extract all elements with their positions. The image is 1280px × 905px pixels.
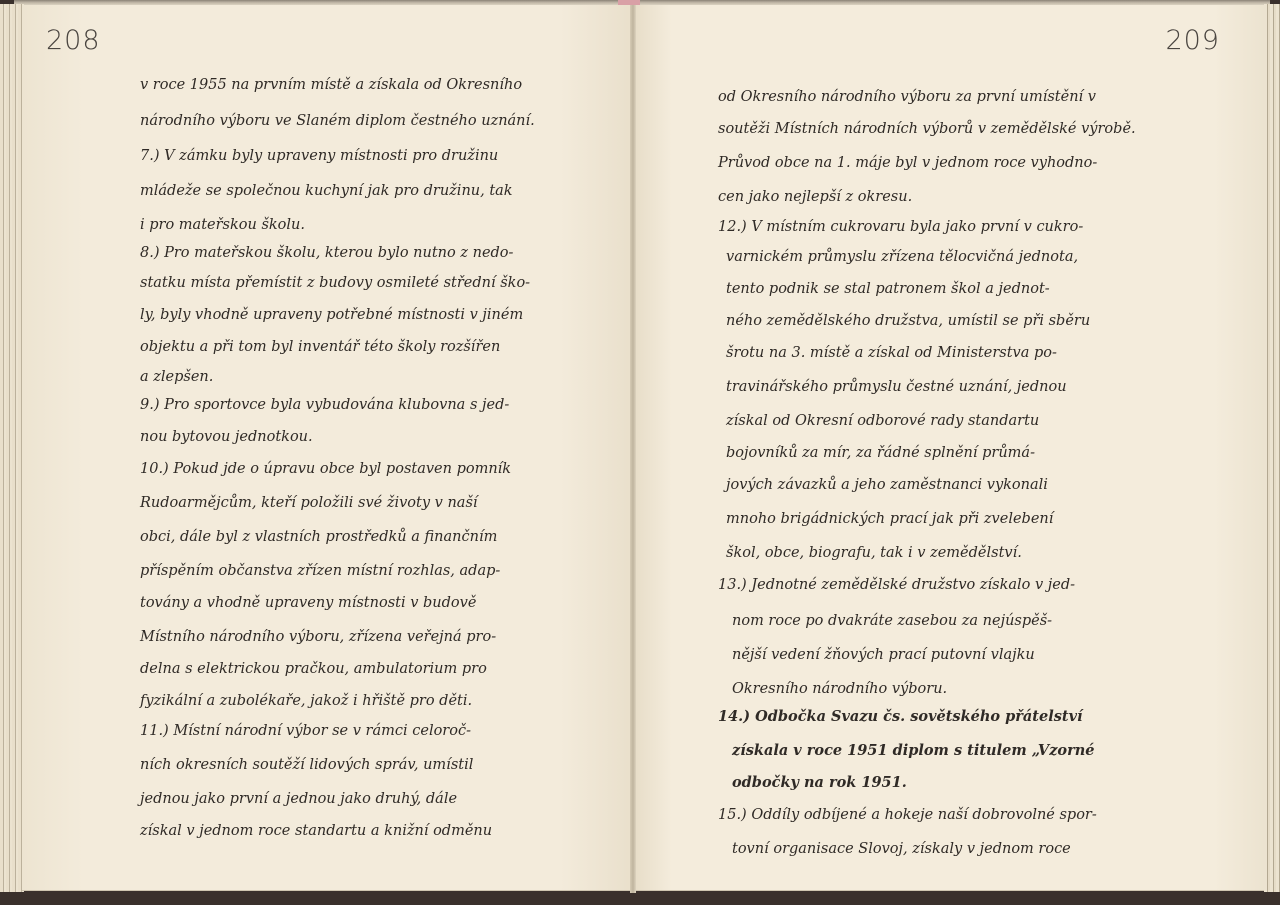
text-line: 12.) V místním cukrovaru byla jako první… [718, 213, 1083, 241]
text-line: Rudoarmějcům, kteří položili své životy … [140, 489, 478, 517]
text-line: nom roce po dvakráte zasebou za nejúspěš… [732, 607, 1052, 635]
text-line: 9.) Pro sportovce byla vybudována klubov… [140, 391, 509, 419]
text-line: továny a vhodně upraveny místnosti v bud… [140, 589, 476, 617]
text-line: mládeže se společnou kuchyní jak pro dru… [140, 177, 513, 205]
right-page-stack [1264, 4, 1280, 892]
text-line: statku místa přemístit z budovy osmileté… [140, 269, 530, 297]
text-line: od Okresního národního výboru za první u… [718, 83, 1096, 111]
text-line: ly, byly vhodně upraveny potřebné místno… [140, 301, 523, 329]
left-page: 208 v roce 1955 na prvním místě a získal… [22, 5, 634, 891]
text-line: soutěži Místních národních výborů v země… [718, 115, 1136, 143]
text-line: tovní organisace Slovoj, získaly v jedno… [732, 835, 1071, 863]
text-line: fyzikální a zubolékaře, jakož i hřiště p… [140, 687, 472, 715]
text-line: ních okresních soutěží lidových správ, u… [140, 751, 473, 779]
text-line: delna s elektrickou pračkou, ambulatoriu… [140, 655, 487, 683]
text-line: objektu a při tom byl inventář této škol… [140, 333, 500, 361]
text-line: 10.) Pokud jde o úpravu obce byl postave… [140, 455, 511, 483]
text-line: získal v jednom roce standartu a knižní … [140, 817, 492, 845]
text-line: nější vedení žňových prací putovní vlajk… [732, 641, 1035, 669]
text-line: tento podnik se stal patronem škol a jed… [726, 275, 1050, 303]
text-line: odbočky na rok 1951. [732, 769, 907, 797]
page-number-right: 209 [1165, 25, 1220, 56]
text-line: získal od Okresní odborové rady standart… [726, 407, 1039, 435]
text-line: v roce 1955 na prvním místě a získala od… [140, 71, 522, 99]
text-line: 15.) Oddíly odbíjené a hokeje naší dobro… [718, 801, 1097, 829]
page-number-left: 208 [46, 25, 101, 56]
open-book: 208 v roce 1955 na prvním místě a získal… [0, 0, 1280, 895]
text-line: Místního národního výboru, zřízena veřej… [140, 623, 496, 651]
text-line: škol, obce, biografu, tak i v zemědělstv… [726, 539, 1022, 567]
book-gutter [630, 5, 636, 893]
text-line: 14.) Odbočka Svazu čs. sovětského přátel… [718, 703, 1083, 731]
text-line: 11.) Místní národní výbor se v rámci cel… [140, 717, 471, 745]
text-line: 8.) Pro mateřskou školu, kterou bylo nut… [140, 239, 513, 267]
left-page-stack [0, 4, 24, 892]
text-line: jednou jako první a jednou jako druhý, d… [140, 785, 457, 813]
text-line: národního výboru ve Slaném diplom čestné… [140, 107, 535, 135]
text-line: Okresního národního výboru. [732, 675, 947, 703]
text-line: příspěním občanstva zřízen místní rozhla… [140, 557, 500, 585]
text-line: 13.) Jednotné zemědělské družstvo získal… [718, 571, 1075, 599]
text-line: obci, dále byl z vlastních prostředků a … [140, 523, 497, 551]
text-line: i pro mateřskou školu. [140, 211, 305, 239]
text-line: bojovníků za mír, za řádné splnění průmá… [726, 439, 1035, 467]
text-line: šrotu na 3. místě a získal od Ministerst… [726, 339, 1057, 367]
text-line: a zlepšen. [140, 363, 213, 391]
text-line: cen jako nejlepší z okresu. [718, 183, 912, 211]
right-page: 209 od Okresního národního výboru za prv… [634, 5, 1264, 891]
text-line: jových závazků a jeho zaměstnanci vykona… [726, 471, 1048, 499]
text-line: mnoho brigádnických prací jak při zveleb… [726, 505, 1053, 533]
text-line: travinářského průmyslu čestné uznání, je… [726, 373, 1067, 401]
text-line: získala v roce 1951 diplom s titulem „Vz… [732, 737, 1095, 765]
bookmark-tab [618, 0, 640, 5]
text-line: 7.) V zámku byly upraveny místnosti pro … [140, 142, 498, 170]
text-line: nou bytovou jednotkou. [140, 423, 313, 451]
text-line: Průvod obce na 1. máje byl v jednom roce… [718, 149, 1097, 177]
text-line: ného zemědělského družstva, umístil se p… [726, 307, 1090, 335]
text-line: varnickém průmyslu zřízena tělocvičná je… [726, 243, 1078, 271]
